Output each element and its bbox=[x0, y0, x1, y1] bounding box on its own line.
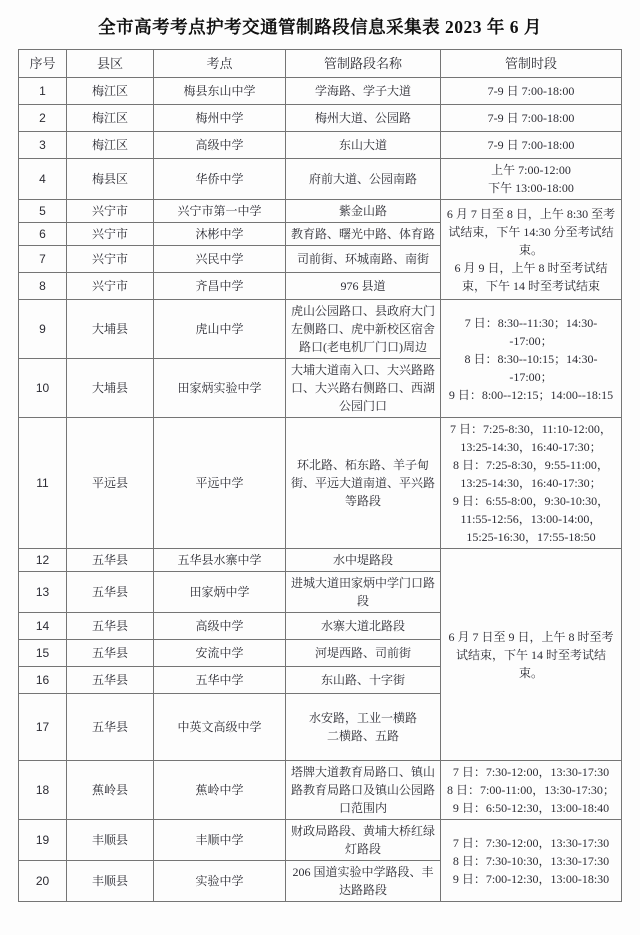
cell-seq: 2 bbox=[19, 105, 67, 132]
cell-site: 高级中学 bbox=[154, 132, 286, 159]
cell-seq: 6 bbox=[19, 223, 67, 246]
cell-roads: 虎山公园路口、县政府大门左侧路口、虎中新校区宿舍路口(老电机厂门口)周边 bbox=[286, 300, 441, 359]
cell-district: 平远县 bbox=[67, 418, 154, 549]
cell-site: 兴民中学 bbox=[154, 246, 286, 273]
cell-roads: 财政局路段、黄埔大桥红绿灯路段 bbox=[286, 820, 441, 861]
cell-district: 梅江区 bbox=[67, 78, 154, 105]
cell-seq: 14 bbox=[19, 613, 67, 640]
cell-roads: 梅州大道、公园路 bbox=[286, 105, 441, 132]
cell-seq: 16 bbox=[19, 667, 67, 694]
cell-district: 兴宁市 bbox=[67, 223, 154, 246]
cell-site: 梅州中学 bbox=[154, 105, 286, 132]
cell-site: 中英文高级中学 bbox=[154, 694, 286, 761]
cell-roads: 206 国道实验中学路段、丰达路路段 bbox=[286, 861, 441, 902]
cell-district: 梅县区 bbox=[67, 159, 154, 200]
cell-seq: 10 bbox=[19, 359, 67, 418]
col-header-district: 县区 bbox=[67, 50, 154, 78]
cell-site: 蕉岭中学 bbox=[154, 761, 286, 820]
cell-seq: 20 bbox=[19, 861, 67, 902]
table-row: 19 丰顺县 丰顺中学 财政局路段、黄埔大桥红绿灯路段 7 日：7:30-12:… bbox=[19, 820, 622, 861]
cell-roads: 紫金山路 bbox=[286, 200, 441, 223]
header-row: 序号 县区 考点 管制路段名称 管制时段 bbox=[19, 50, 622, 78]
col-header-seq: 序号 bbox=[19, 50, 67, 78]
cell-time-merged: 7 日：8:30--11:30；14:30--17:00； 8 日：8:30--… bbox=[441, 300, 622, 418]
cell-roads: 976 县道 bbox=[286, 273, 441, 300]
cell-time: 7-9 日 7:00-18:00 bbox=[441, 78, 622, 105]
table-row: 12 五华县 五华县水寨中学 水中堤路段 6 月 7 日至 9 日，上午 8 时… bbox=[19, 549, 622, 572]
table-row: 18 蕉岭县 蕉岭中学 塔牌大道教育局路口、镇山路教育局路口及镇山公园路口范围内… bbox=[19, 761, 622, 820]
cell-site: 田家炳中学 bbox=[154, 572, 286, 613]
cell-roads: 府前大道、公园南路 bbox=[286, 159, 441, 200]
cell-time: 7-9 日 7:00-18:00 bbox=[441, 132, 622, 159]
cell-time: 7-9 日 7:00-18:00 bbox=[441, 105, 622, 132]
cell-site: 安流中学 bbox=[154, 640, 286, 667]
cell-district: 兴宁市 bbox=[67, 246, 154, 273]
cell-seq: 11 bbox=[19, 418, 67, 549]
col-header-site: 考点 bbox=[154, 50, 286, 78]
cell-time-merged: 6 月 7 日至 9 日，上午 8 时至考试结束，下午 14 时至考试结束。 bbox=[441, 549, 622, 761]
cell-seq: 17 bbox=[19, 694, 67, 761]
col-header-roads: 管制路段名称 bbox=[286, 50, 441, 78]
cell-roads: 河堤西路、司前街 bbox=[286, 640, 441, 667]
cell-site: 田家炳实验中学 bbox=[154, 359, 286, 418]
cell-seq: 19 bbox=[19, 820, 67, 861]
cell-site: 五华县水寨中学 bbox=[154, 549, 286, 572]
cell-seq: 5 bbox=[19, 200, 67, 223]
cell-site: 沐彬中学 bbox=[154, 223, 286, 246]
cell-time: 7 日：7:30-12:00，13:30-17:30 8 日：7:00-11:0… bbox=[441, 761, 622, 820]
table-row: 2 梅江区 梅州中学 梅州大道、公园路 7-9 日 7:00-18:00 bbox=[19, 105, 622, 132]
cell-roads: 教育路、曙光中路、体育路 bbox=[286, 223, 441, 246]
cell-district: 五华县 bbox=[67, 667, 154, 694]
cell-roads: 东山路、十字街 bbox=[286, 667, 441, 694]
cell-district: 梅江区 bbox=[67, 105, 154, 132]
cell-seq: 7 bbox=[19, 246, 67, 273]
cell-time: 7 日：7:25-8:30，11:10-12:00， 13:25-14:30，1… bbox=[441, 418, 622, 549]
table-row: 3 梅江区 高级中学 东山大道 7-9 日 7:00-18:00 bbox=[19, 132, 622, 159]
page-title: 全市高考考点护考交通管制路段信息采集表 2023 年 6 月 bbox=[0, 14, 640, 39]
cell-seq: 9 bbox=[19, 300, 67, 359]
cell-seq: 1 bbox=[19, 78, 67, 105]
cell-time: 上午 7:00-12:00 下午 13:00-18:00 bbox=[441, 159, 622, 200]
cell-seq: 12 bbox=[19, 549, 67, 572]
cell-site: 实验中学 bbox=[154, 861, 286, 902]
cell-roads: 水中堤路段 bbox=[286, 549, 441, 572]
cell-roads: 学海路、学子大道 bbox=[286, 78, 441, 105]
cell-roads: 东山大道 bbox=[286, 132, 441, 159]
cell-roads: 水安路，工业一横路 二横路、五路 bbox=[286, 694, 441, 761]
cell-district: 五华县 bbox=[67, 613, 154, 640]
cell-roads: 塔牌大道教育局路口、镇山路教育局路口及镇山公园路口范围内 bbox=[286, 761, 441, 820]
cell-seq: 4 bbox=[19, 159, 67, 200]
cell-site: 虎山中学 bbox=[154, 300, 286, 359]
cell-site: 齐昌中学 bbox=[154, 273, 286, 300]
cell-seq: 15 bbox=[19, 640, 67, 667]
cell-district: 大埔县 bbox=[67, 300, 154, 359]
cell-district: 丰顺县 bbox=[67, 861, 154, 902]
cell-site: 平远中学 bbox=[154, 418, 286, 549]
cell-district: 蕉岭县 bbox=[67, 761, 154, 820]
cell-district: 五华县 bbox=[67, 572, 154, 613]
page: 全市高考考点护考交通管制路段信息采集表 2023 年 6 月 序号 县区 考点 … bbox=[0, 0, 640, 935]
cell-district: 兴宁市 bbox=[67, 200, 154, 223]
cell-site: 五华中学 bbox=[154, 667, 286, 694]
cell-district: 大埔县 bbox=[67, 359, 154, 418]
table-row: 1 梅江区 梅县东山中学 学海路、学子大道 7-9 日 7:00-18:00 bbox=[19, 78, 622, 105]
cell-seq: 8 bbox=[19, 273, 67, 300]
cell-site: 丰顺中学 bbox=[154, 820, 286, 861]
table-row: 11 平远县 平远中学 环北路、柘东路、羊子甸街、平远大道南道、平兴路等路段 7… bbox=[19, 418, 622, 549]
cell-district: 梅江区 bbox=[67, 132, 154, 159]
cell-roads: 司前街、环城南路、南街 bbox=[286, 246, 441, 273]
cell-roads: 大埔大道南入口、大兴路路口、大兴路右侧路口、西湖公园门口 bbox=[286, 359, 441, 418]
table-row: 9 大埔县 虎山中学 虎山公园路口、县政府大门左侧路口、虎中新校区宿舍路口(老电… bbox=[19, 300, 622, 359]
cell-roads: 水寨大道北路段 bbox=[286, 613, 441, 640]
cell-roads: 进城大道田家炳中学门口路段 bbox=[286, 572, 441, 613]
cell-district: 兴宁市 bbox=[67, 273, 154, 300]
cell-district: 五华县 bbox=[67, 549, 154, 572]
table-row: 4 梅县区 华侨中学 府前大道、公园南路 上午 7:00-12:00 下午 13… bbox=[19, 159, 622, 200]
traffic-control-table: 序号 县区 考点 管制路段名称 管制时段 1 梅江区 梅县东山中学 学海路、学子… bbox=[18, 49, 622, 902]
cell-roads: 环北路、柘东路、羊子甸街、平远大道南道、平兴路等路段 bbox=[286, 418, 441, 549]
cell-time-merged: 7 日：7:30-12:00，13:30-17:30 8 日：7:30-10:3… bbox=[441, 820, 622, 902]
cell-district: 丰顺县 bbox=[67, 820, 154, 861]
cell-seq: 18 bbox=[19, 761, 67, 820]
cell-seq: 3 bbox=[19, 132, 67, 159]
cell-site: 高级中学 bbox=[154, 613, 286, 640]
cell-district: 五华县 bbox=[67, 640, 154, 667]
table-row: 5 兴宁市 兴宁市第一中学 紫金山路 6 月 7 日至 8 日，上午 8:30 … bbox=[19, 200, 622, 223]
cell-time-merged: 6 月 7 日至 8 日，上午 8:30 至考试结束，下午 14:30 分至考试… bbox=[441, 200, 622, 300]
cell-district: 五华县 bbox=[67, 694, 154, 761]
cell-site: 华侨中学 bbox=[154, 159, 286, 200]
cell-seq: 13 bbox=[19, 572, 67, 613]
cell-site: 梅县东山中学 bbox=[154, 78, 286, 105]
cell-site: 兴宁市第一中学 bbox=[154, 200, 286, 223]
col-header-time: 管制时段 bbox=[441, 50, 622, 78]
